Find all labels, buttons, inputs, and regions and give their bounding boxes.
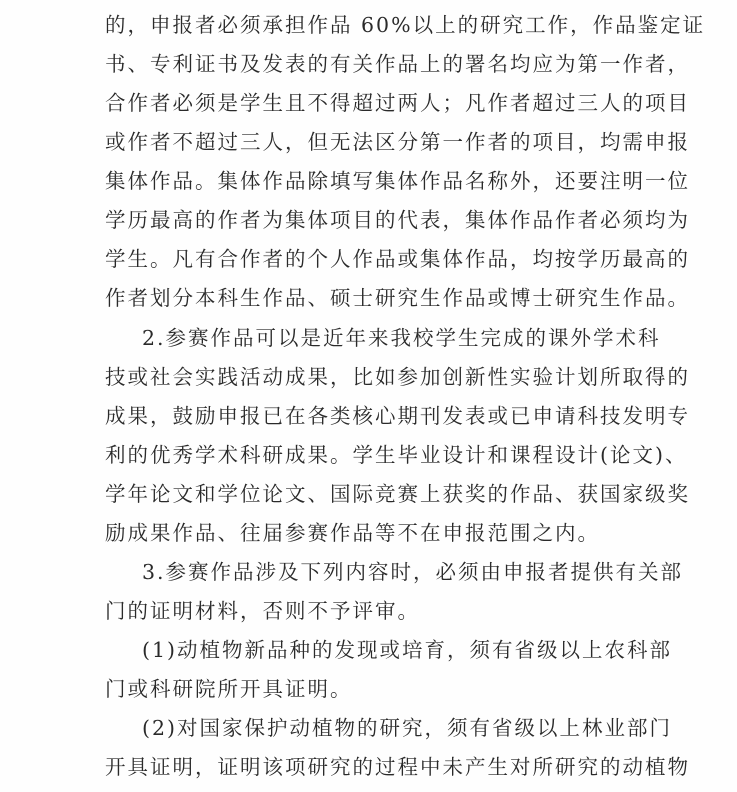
- text-line: 成果，鼓励申报已在各类核心期刊发表或已申请科技发明专: [105, 401, 622, 431]
- text-line: 集体作品。集体作品除填写集体作品名称外，还要注明一位: [105, 166, 622, 196]
- text-line: 门的证明材料，否则不予评审。: [105, 596, 622, 626]
- text-line: 学年论文和学位论文、国际竞赛上获奖的作品、获国家级奖: [105, 479, 622, 509]
- item-2-start: (2)对国家保护动植物的研究，须有省级以上林业部门: [142, 713, 622, 743]
- text-line: 学生。凡有合作者的个人作品或集体作品，均按学历最高的: [105, 244, 622, 274]
- text-line: 的，申报者必须承担作品 60%以上的研究工作，作品鉴定证: [105, 10, 622, 40]
- text-line: 开具证明，证明该项研究的过程中未产生对所研究的动植物: [105, 752, 622, 782]
- text-line: 学历最高的作者为集体项目的代表，集体作品作者必须均为: [105, 205, 622, 235]
- text-line: 书、专利证书及发表的有关作品上的署名均应为第一作者，: [105, 49, 622, 79]
- text-line: 利的优秀学术科研成果。学生毕业设计和课程设计(论文)、: [105, 440, 622, 470]
- text-line: 或作者不超过三人，但无法区分第一作者的项目，均需申报: [105, 127, 622, 157]
- text-line: 合作者必须是学生且不得超过两人；凡作者超过三人的项目: [105, 88, 622, 118]
- text-line: 门或科研院所开具证明。: [105, 674, 622, 704]
- paragraph-2-start: 2.参赛作品可以是近年来我校学生完成的课外学术科: [142, 323, 622, 353]
- text-line: 励成果作品、往届参赛作品等不在申报范围之内。: [105, 518, 622, 548]
- text-line: 技或社会实践活动成果，比如参加创新性实验计划所取得的: [105, 362, 622, 392]
- paragraph-3-start: 3.参赛作品涉及下列内容时，必须由申报者提供有关部: [142, 557, 622, 587]
- item-1-start: (1)动植物新品种的发现或培育，须有省级以上农科部: [142, 635, 622, 665]
- document-page: 的，申报者必须承担作品 60%以上的研究工作，作品鉴定证 书、专利证书及发表的有…: [0, 0, 737, 792]
- text-line: 作者划分本科生作品、硕士研究生作品或博士研究生作品。: [105, 283, 622, 313]
